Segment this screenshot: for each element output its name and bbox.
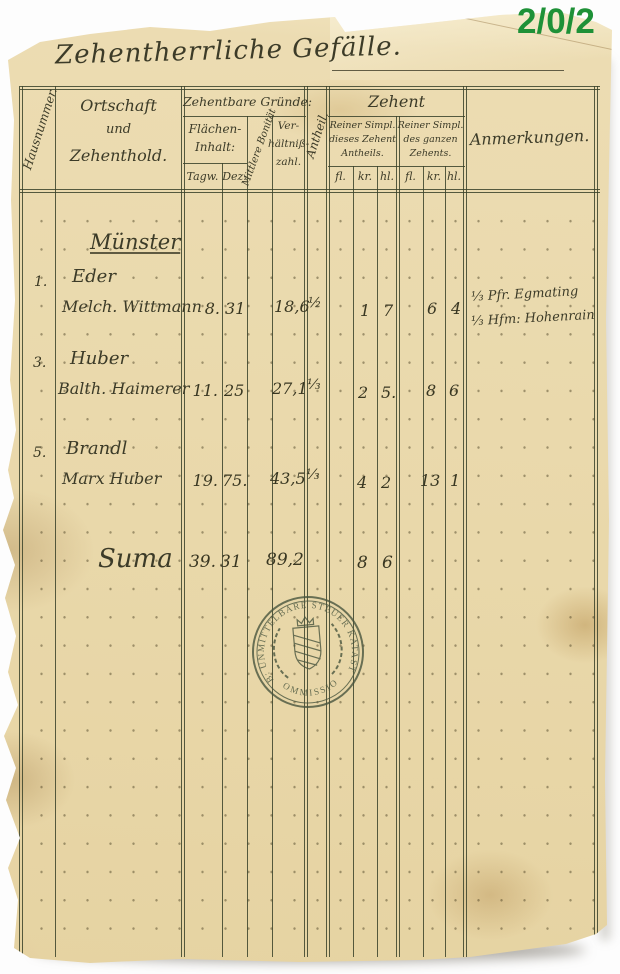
column-header-verhaeltniszahl-line1: Ver- (272, 120, 305, 132)
cell-kreuzer-2: 8 (426, 381, 436, 400)
cell-dezimalen: 25 (224, 381, 244, 400)
column-divider (181, 86, 185, 957)
table-top-border (20, 86, 600, 90)
cell-verhaeltniszahl: 18,6 (274, 297, 310, 316)
unit-header-kreuzer-1: kr. (353, 170, 377, 183)
unit-header-tagwerk: Tagw. (183, 170, 222, 183)
cell-heller-1: 2 (381, 473, 391, 492)
cell-tagwerk: 8. (192, 299, 220, 318)
svg-text:K:B: UNMITTELBARE STEUER KATAS: K:B: UNMITTELBARE STEUER KATASTER (252, 596, 363, 686)
row-holding-name: Eder (72, 266, 116, 287)
scanned-document-page: Zehentherrliche Gefälle. Hausnummer. Ort… (0, 0, 620, 974)
cell-kreuzer-1: 1 (360, 301, 370, 320)
row-house-number: 3. (33, 355, 46, 371)
row-holding-name: Huber (70, 348, 128, 369)
row-holding-name: Brandl (66, 438, 127, 459)
cell-heller-2: 1 (450, 471, 460, 490)
column-divider (55, 86, 56, 957)
summary-label: Suma (98, 544, 173, 574)
summary-tagwerk: 39. (186, 552, 216, 572)
unit-header-heller-2: hl. (444, 170, 464, 183)
column-group-zehent: Zehent (328, 92, 465, 111)
column-divider (377, 166, 378, 957)
cell-antheil: ⅓ (306, 467, 320, 483)
header-divider (183, 116, 306, 117)
summary-heller-1: 6 (382, 553, 393, 573)
stamp-coat-of-arms (271, 614, 344, 679)
row-holder-name: Melch. Wittmann (62, 297, 202, 316)
column-header-simpl-ganzer-line3: Zehents. (397, 148, 464, 159)
column-divider (247, 116, 248, 957)
cell-heller-1: 5. (381, 383, 396, 402)
column-divider (445, 166, 446, 957)
paper-sheet: Zehentherrliche Gefälle. Hausnummer. Ort… (0, 0, 620, 974)
official-stamp-seal: K:B: UNMITTELBARE STEUER KATASTER COMMIS… (227, 571, 390, 734)
stamp-bottom-text: COMMISSION (277, 641, 341, 700)
column-header-simpl-ganzer-line2: des ganzen (397, 134, 464, 145)
table-left-border (19, 86, 23, 957)
summary-verhaeltniszahl: 89,2 (266, 550, 304, 570)
cell-dezimalen: 31 (225, 299, 245, 318)
column-header-simpl-antheil-line3: Antheils. (328, 148, 397, 159)
column-header-ortschaft-line2: und (55, 122, 182, 137)
summary-dezimalen: 31 (220, 552, 242, 572)
cell-verhaeltniszahl: 27,1 (272, 379, 308, 398)
summary-kreuzer-1: 8 (357, 553, 368, 573)
cell-kreuzer-2: 6 (427, 299, 437, 318)
column-divider (353, 166, 354, 957)
place-heading: Münster (90, 230, 180, 254)
title-rule (332, 70, 564, 71)
column-header-flaechen-line2: Inhalt: (183, 140, 247, 154)
header-bottom-border (20, 189, 600, 193)
cell-tagwerk: 11. (190, 381, 218, 400)
row-holder-name: Balth. Haimerer (58, 379, 189, 398)
column-divider (396, 116, 400, 957)
column-group-zehentbare-gruende: Zehentbare Gründe: (183, 94, 306, 109)
cell-kreuzer-2: 13 (420, 471, 440, 490)
cell-kreuzer-1: 4 (357, 473, 367, 492)
row-house-number: 1. (34, 274, 47, 290)
column-header-anmerkungen: Anmerkungen. (464, 126, 596, 150)
cell-kreuzer-1: 2 (358, 383, 368, 402)
svg-text:COMMISSION: COMMISSION (277, 641, 341, 700)
unit-header-gulden-1: fl. (328, 170, 353, 183)
row-holder-name: Marx Huber (62, 469, 161, 488)
column-header-verhaeltniszahl-line2: hältniß- (268, 138, 309, 150)
column-header-simpl-antheil-line1: Reiner Simpl. (328, 120, 397, 131)
cell-dezimalen: 75. (222, 471, 247, 490)
column-divider (423, 166, 424, 957)
cell-antheil: ⅓ (307, 377, 321, 393)
header-divider (183, 163, 247, 164)
cell-antheil: ½ (308, 295, 322, 311)
archival-code-annotation: 2/0/2 (517, 2, 595, 42)
column-divider (272, 116, 273, 957)
cell-heller-2: 4 (451, 299, 461, 318)
column-header-ortschaft-line1: Ortschaft (55, 96, 182, 115)
cell-heller-1: 7 (383, 301, 393, 320)
unit-header-gulden-2: fl. (398, 170, 423, 183)
column-divider (326, 86, 330, 957)
stamp-ring-text: K:B: UNMITTELBARE STEUER KATASTER (252, 596, 363, 686)
column-header-simpl-ganzer-line1: Reiner Simpl. (397, 120, 464, 131)
cell-heller-2: 6 (449, 381, 459, 400)
column-divider (304, 86, 308, 957)
table-right-border (594, 86, 598, 957)
column-header-hausnummer: Hausnummer. (20, 99, 56, 172)
column-header-flaechen-line1: Flächen- (183, 122, 247, 136)
cell-verhaeltniszahl: 43,5 (270, 469, 306, 488)
unit-header-heller-1: hl. (377, 170, 397, 183)
column-divider (463, 86, 467, 957)
row-house-number: 5. (33, 445, 46, 461)
column-header-simpl-antheil-line2: dieses Zehent (328, 134, 397, 145)
column-header-ortschaft-line3: Zehenthold. (55, 146, 182, 165)
cell-tagwerk: 19. (190, 471, 218, 490)
unit-header-kreuzer-2: kr. (423, 170, 445, 183)
